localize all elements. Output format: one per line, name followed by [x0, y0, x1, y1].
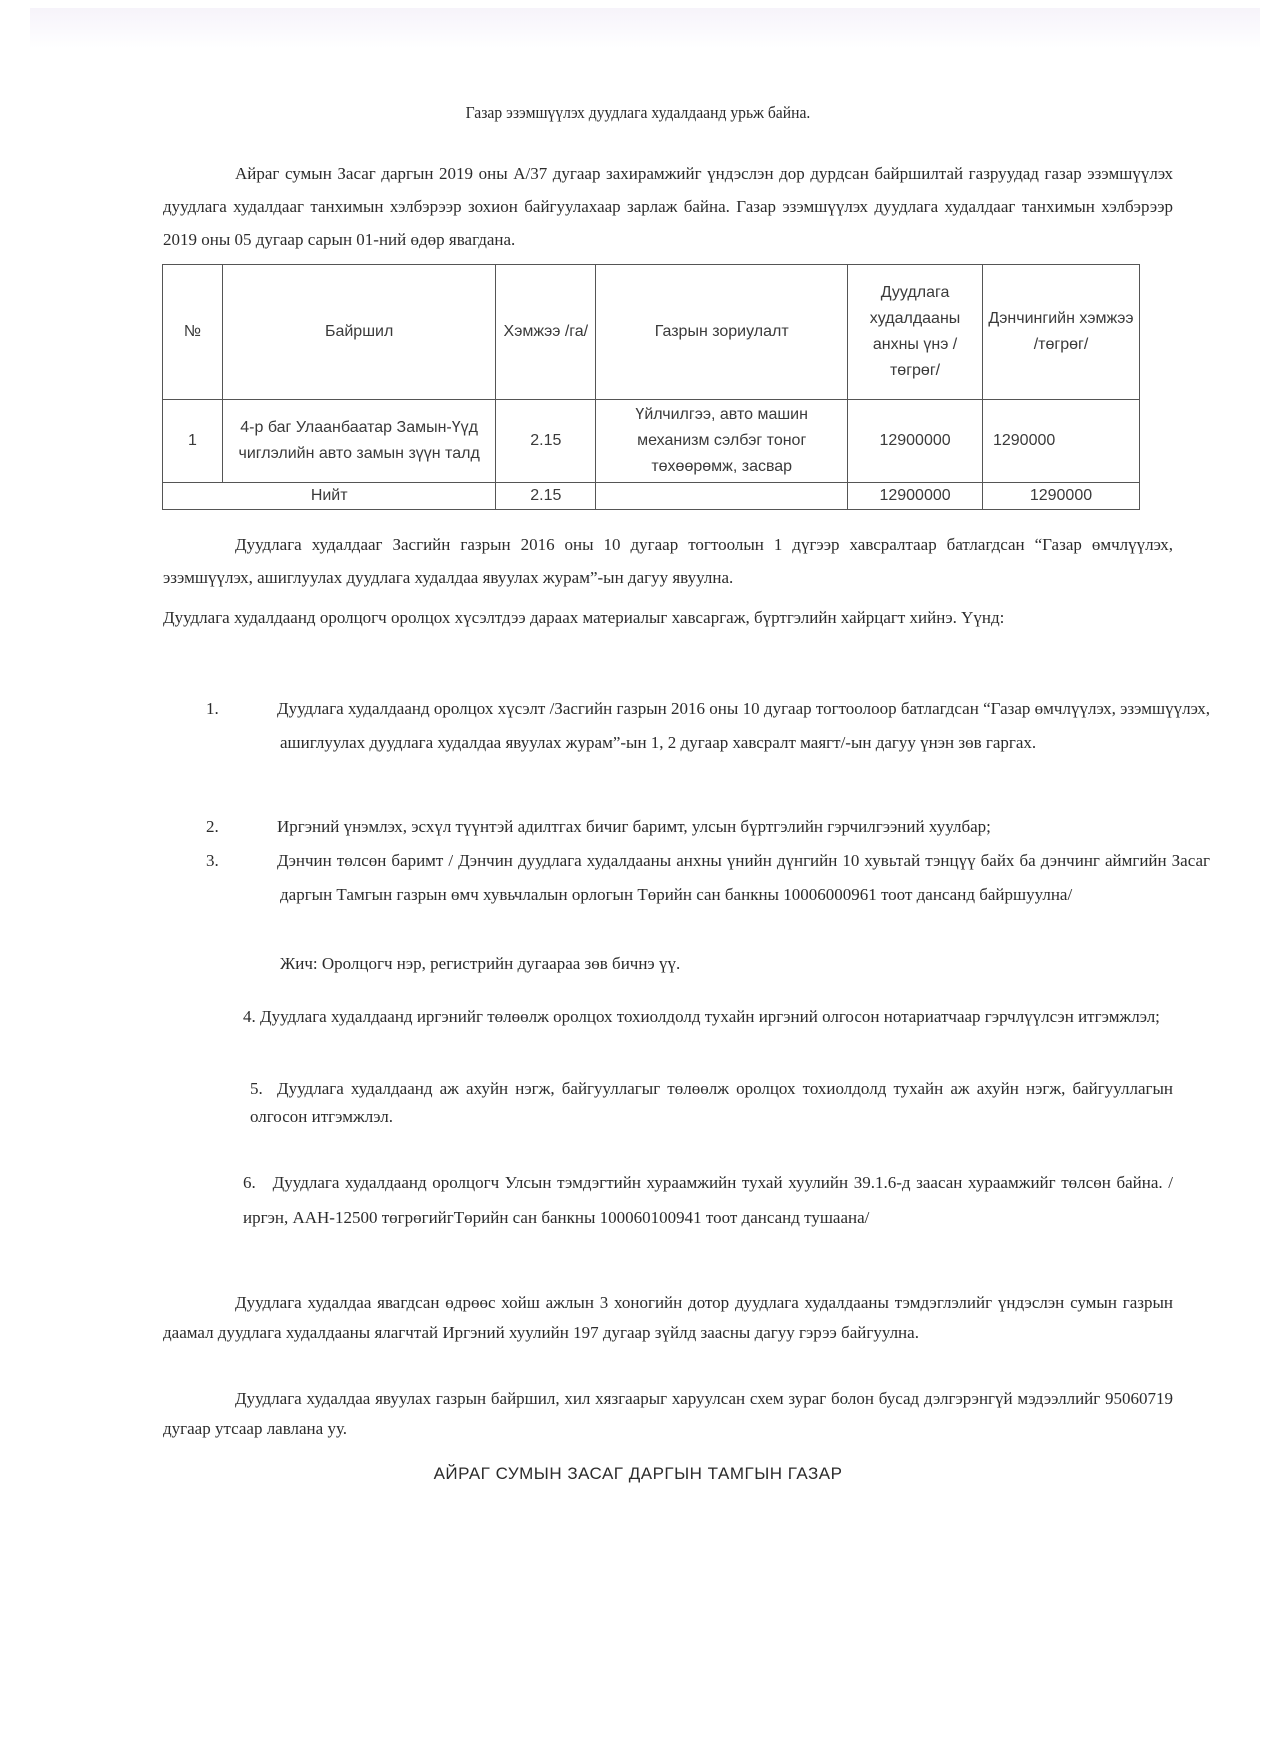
list-item: 6. Дуудлага худалдаанд оролцогч Улсын тэ… — [243, 1165, 1173, 1235]
list-item: 4. Дуудлага худалдаанд иргэнийг төлөөлж … — [243, 1003, 1173, 1031]
list-item: 3.Дэнчин төлсөн баримт / Дэнчин дуудлага… — [243, 844, 1210, 912]
contract-text: Дуудлага худалдаа явагдсан өдрөөс хойш а… — [163, 1293, 1173, 1342]
header-deposit: Дэнчингийн хэмжээ /төгрөг/ — [982, 265, 1139, 400]
table-row: 1 4-р баг Улаанбаатар Замын-Үүд чиглэлий… — [163, 400, 1140, 483]
item-text: Дэнчин төлсөн баримт / Дэнчин дуудлага х… — [277, 851, 1210, 904]
cell-no: 1 — [163, 400, 223, 483]
cell-purpose: Үйлчилгээ, авто машин механизм сэлбэг то… — [596, 400, 848, 483]
cell-size: 2.15 — [496, 400, 596, 483]
header-no: № — [163, 265, 223, 400]
contact-text: Дуудлага худалдаа явуулах газрын байршил… — [163, 1389, 1173, 1438]
item-number: 4. — [243, 1007, 256, 1026]
item-text: Дуудлага худалдаанд аж ахуйн нэгж, байгу… — [250, 1079, 1173, 1126]
rules-paragraph: Дуудлага худалдааг Засгийн газрын 2016 о… — [163, 528, 1173, 594]
intro-text: Айраг сумын Засаг даргын 2019 оны А/37 д… — [163, 164, 1173, 249]
cell-deposit: 1290000 — [982, 400, 1139, 483]
header-purpose: Газрын зориулалт — [596, 265, 848, 400]
total-label: Нийт — [163, 483, 496, 510]
contact-paragraph: Дуудлага худалдаа явуулах газрын байршил… — [163, 1384, 1173, 1444]
header-size: Хэмжээ /га/ — [496, 265, 596, 400]
item-text: Дуудлага худалдаанд оролцох хүсэлт /Засг… — [277, 699, 1210, 752]
header-location: Байршил — [222, 265, 496, 400]
item-number: 6. — [243, 1173, 256, 1192]
contract-paragraph: Дуудлага худалдаа явагдсан өдрөөс хойш а… — [163, 1288, 1173, 1348]
cell-start-price: 12900000 — [848, 400, 983, 483]
item-number: 3. — [243, 844, 277, 878]
announcement-page: Газар эзэмшүүлэх дуудлага худалдаанд урь… — [0, 0, 1276, 1755]
rules-text: Дуудлага худалдааг Засгийн газрын 2016 о… — [163, 535, 1173, 587]
table-header-row: № Байршил Хэмжээ /га/ Газрын зориулалт Д… — [163, 265, 1140, 400]
materials-paragraph: Дуудлага худалдаанд оролцогч оролцох хүс… — [163, 604, 1173, 631]
land-lots-table: № Байршил Хэмжээ /га/ Газрын зориулалт Д… — [162, 264, 1140, 510]
table-total-row: Нийт 2.15 12900000 1290000 — [163, 483, 1140, 510]
list-item: 2.Иргэний үнэмлэх, эсхүл түүнтэй адилтга… — [243, 810, 1210, 843]
item-number: 1. — [243, 692, 277, 726]
total-size: 2.15 — [496, 483, 596, 510]
cell-location: 4-р баг Улаанбаатар Замын-Үүд чиглэлийн … — [222, 400, 496, 483]
item-number: 2. — [243, 810, 277, 843]
document-title: Газар эзэмшүүлэх дуудлага худалдаанд урь… — [51, 103, 1225, 123]
total-deposit: 1290000 — [982, 483, 1139, 510]
total-start-price: 12900000 — [848, 483, 983, 510]
item-text: Дуудлага худалдаанд иргэнийг төлөөлж оро… — [260, 1007, 1160, 1026]
intro-paragraph: Айраг сумын Засаг даргын 2019 оны А/37 д… — [163, 157, 1173, 256]
item-text: Дуудлага худалдаанд оролцогч Улсын тэмдэ… — [243, 1173, 1173, 1227]
list-item: 5. Дуудлага худалдаанд аж ахуйн нэгж, ба… — [250, 1075, 1173, 1131]
issuer-signoff: АЙРАГ СУМЫН ЗАСАГ ДАРГЫН ТАМГЫН ГАЗАР — [0, 1464, 1276, 1484]
note-item: Жич: Оролцогч нэр, регистрийн дугаараа з… — [280, 947, 1173, 980]
item-number: 5. — [250, 1079, 263, 1098]
total-purpose — [596, 483, 848, 510]
list-item: 1.Дуудлага худалдаанд оролцох хүсэлт /За… — [243, 692, 1210, 760]
item-text: Иргэний үнэмлэх, эсхүл түүнтэй адилтгах … — [277, 817, 991, 836]
header-start-price: Дуудлага худалдааны анхны үнэ /төгрөг/ — [848, 265, 983, 400]
